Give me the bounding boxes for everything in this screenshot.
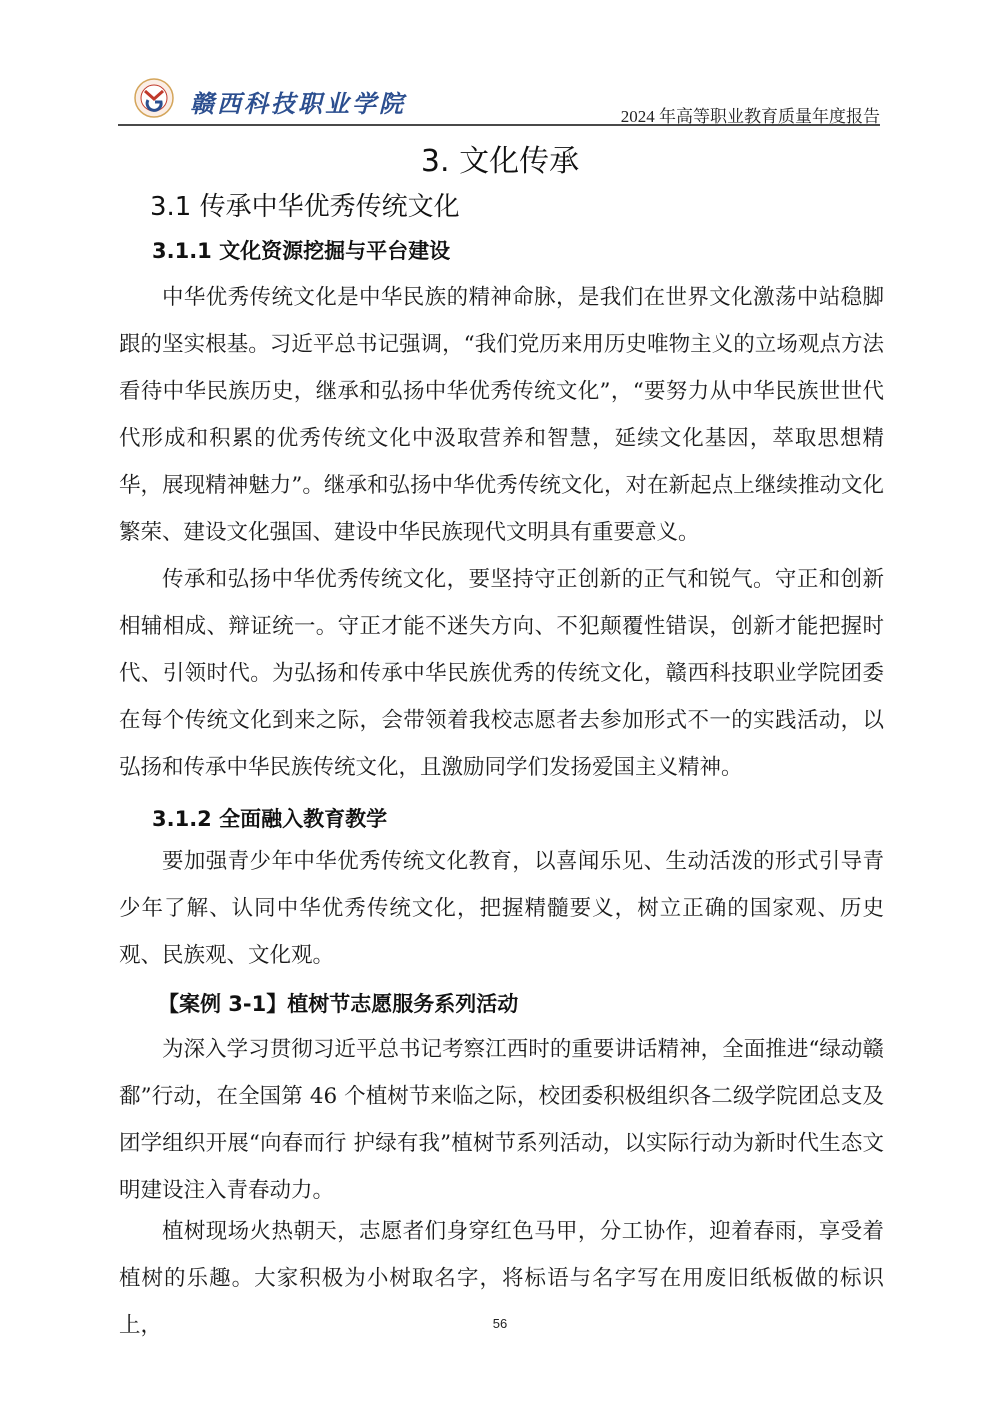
document-page: 赣西科技职业学院 2024 年高等职业教育质量年度报告 3. 文化传承 3.1 … [0,0,1000,1411]
header-divider [118,124,880,126]
body-paragraph: 中华优秀传统文化是中华民族的精神命脉，是我们在世界文化激荡中站稳脚跟的坚实根基。… [119,274,884,556]
page-header: 赣西科技职业学院 2024 年高等职业教育质量年度报告 [118,72,880,126]
school-name: 赣西科技职业学院 [190,84,406,119]
case-title: 【案例 3-1】植树节志愿服务系列活动 [158,988,518,1018]
case-paragraph: 为深入学习贯彻习近平总书记考察江西时的重要讲话精神，全面推进“绿动赣鄱”行动，在… [119,1026,884,1214]
subsection-title: 3.1.1 文化资源挖掘与平台建设 [152,235,450,265]
school-emblem-icon [134,78,174,118]
subsection-title: 3.1.2 全面融入教育教学 [152,803,387,833]
page-number: 56 [0,1316,1000,1331]
section-title: 3.1 传承中华优秀传统文化 [150,186,460,223]
chapter-title: 3. 文化传承 [0,136,1000,180]
body-paragraph: 传承和弘扬中华优秀传统文化，要坚持守正创新的正气和锐气。守正和创新相辅相成、辩证… [119,556,884,791]
body-paragraph: 要加强青少年中华优秀传统文化教育，以喜闻乐见、生动活泼的形式引导青少年了解、认同… [119,838,884,979]
